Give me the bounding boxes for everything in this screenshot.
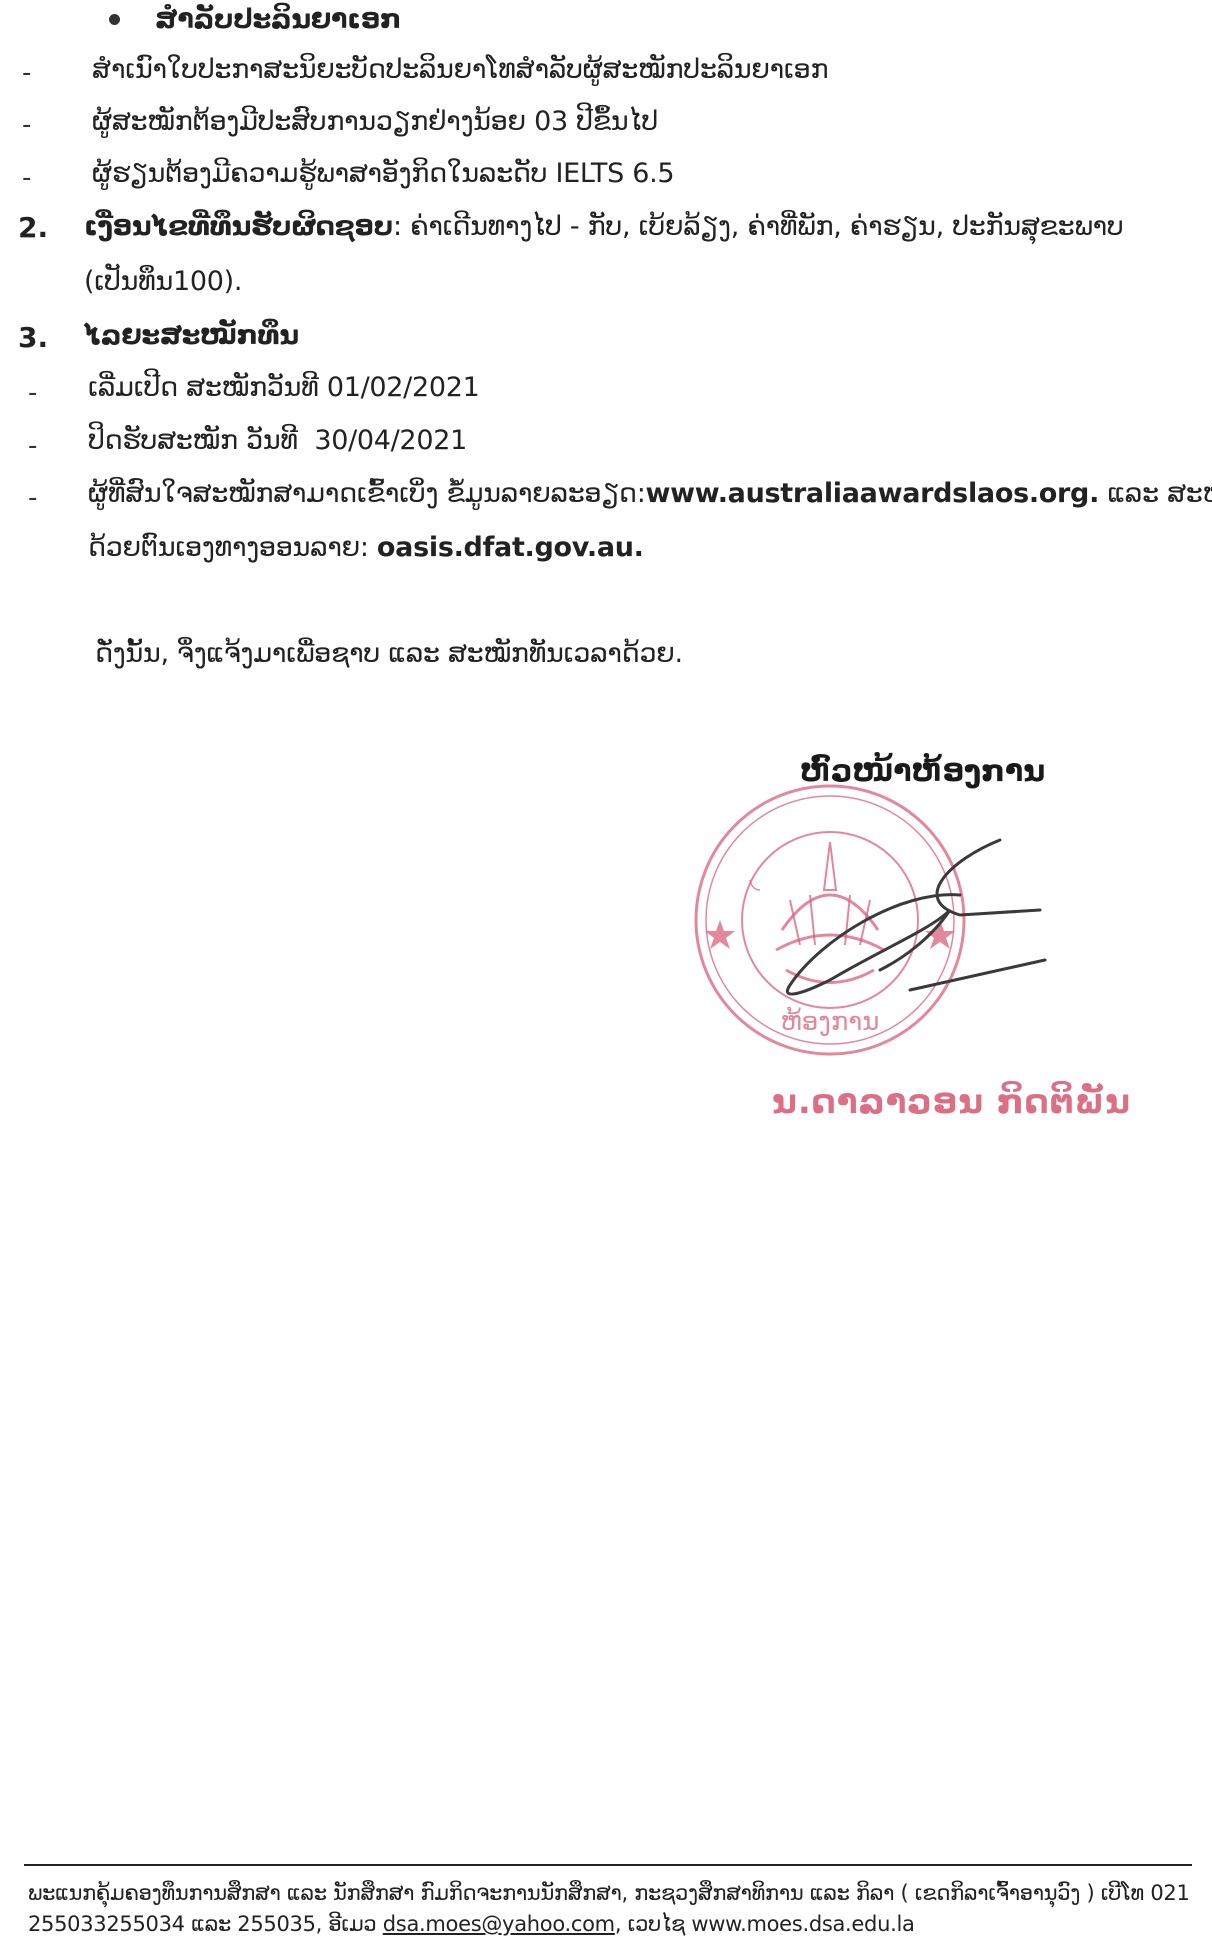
oasis-link[interactable]: oasis.dfat.gov.au.: [377, 532, 644, 563]
close-date-value: 30/04/2021: [314, 425, 467, 456]
phd-item-3: ຜູ້ຮຽນຕ້ອງມີຄວາມຮູ້ພາສາອັງກິດໃນລະດັບ IEL…: [92, 156, 674, 192]
dash-marker: -: [22, 55, 31, 91]
info-line: ຜູ້ທີ່ສົນໃຈສະໝັກສາມາດເຂົ້າເບິ່ງ ຂໍ້ມູນລາ…: [88, 476, 1212, 512]
australia-awards-link[interactable]: www.australiaawardslaos.org.: [646, 478, 1100, 509]
section-2-line: ເງື່ອນໄຂທີ່ທຶນຮັບຜິດຊອບ: ຄ່າເດີນທາງໄປ - …: [84, 209, 1124, 245]
section-2-continuation: (ເປັນທຶນ100).: [84, 264, 242, 300]
footer-contact: 255033255034 ແລະ 255035, ອີເມວ dsa.moes@…: [28, 1910, 915, 1938]
apply-line: ດ້ວຍຕົນເອງທາງອອນລາຍ: oasis.dfat.gov.au.: [88, 530, 644, 566]
dash-marker: -: [28, 375, 37, 411]
open-date-label: ເລີ່ມເປີດ ສະໝັກວັນທີ: [88, 372, 319, 403]
bullet-icon: [109, 14, 120, 25]
close-date-label: ປິດຮັບສະໝັກ ວັນທີ: [88, 425, 298, 456]
info-text: ຜູ້ທີ່ສົນໃຈສະໝັກສາມາດເຂົ້າເບິ່ງ ຂໍ້ມູນລາ…: [88, 478, 646, 509]
dash-marker: -: [28, 428, 37, 464]
phd-item-1: ສຳເນົາໃບປະກາສະນິຍະບັດປະລິນຍາໂທສຳລັບຜູ້ສະ…: [92, 52, 828, 88]
section-number-2: 2.: [18, 210, 48, 246]
close-date-line: ປິດຮັບສະໝັກ ວັນທີ 30/04/2021: [88, 423, 467, 459]
apply-text: ດ້ວຍຕົນເອງທາງອອນລາຍ:: [88, 532, 377, 563]
open-date-value: 01/02/2021: [327, 372, 480, 403]
phd-item-2: ຜູ້ສະໝັກຕ້ອງມີປະສົບການວຽກຢ່າງນ້ອຍ 03 ປີຂ…: [92, 104, 658, 140]
signatory-name: ນ.ດາລາວອນ ກິດຕິພັນ: [772, 1080, 1131, 1124]
closing-statement: ດັ່ງນັ້ນ, ຈຶ່ງແຈ້ງມາເພື່ອຊາບ ແລະ ສະໝັກທັ…: [95, 636, 683, 672]
footer-website: , ເວບໄຊ www.moes.dsa.edu.la: [615, 1912, 915, 1936]
footer-address: ພະແນກຄຸ້ມຄອງທຶນການສຶກສາ ແລະ ນັກສຶກສາ ກົມ…: [28, 1879, 1190, 1907]
signature-icon: [760, 820, 1080, 1020]
footer-phone: 255033255034 ແລະ 255035, ອີເມວ: [28, 1912, 383, 1936]
footer-email-link[interactable]: dsa.moes@yahoo.com: [383, 1912, 615, 1936]
dash-marker: -: [22, 160, 31, 196]
open-date-line: ເລີ່ມເປີດ ສະໝັກວັນທີ 01/02/2021: [88, 370, 479, 406]
section-heading-phd: ສຳລັບປະລິນຍາເອກ: [155, 2, 401, 38]
section-3-title: ໄລຍະສະໝັກທຶນ: [84, 318, 299, 354]
section-2-text: : ຄ່າເດີນທາງໄປ - ກັບ, ເບ້ຍລ້ຽງ, ຄ່າທີ່ພັ…: [393, 211, 1124, 242]
footer-divider: [24, 1864, 1192, 1866]
dash-marker: -: [22, 107, 31, 143]
dash-marker: -: [28, 480, 37, 516]
info-and-apply: ແລະ ສະໝັກ: [1099, 478, 1212, 509]
document-page: ສຳລັບປະລິນຍາເອກ - ສຳເນົາໃບປະກາສະນິຍະບັດປ…: [0, 0, 1212, 1946]
section-number-3: 3.: [18, 320, 48, 356]
section-2-title: ເງື່ອນໄຂທີ່ທຶນຮັບຜິດຊອບ: [84, 211, 393, 242]
